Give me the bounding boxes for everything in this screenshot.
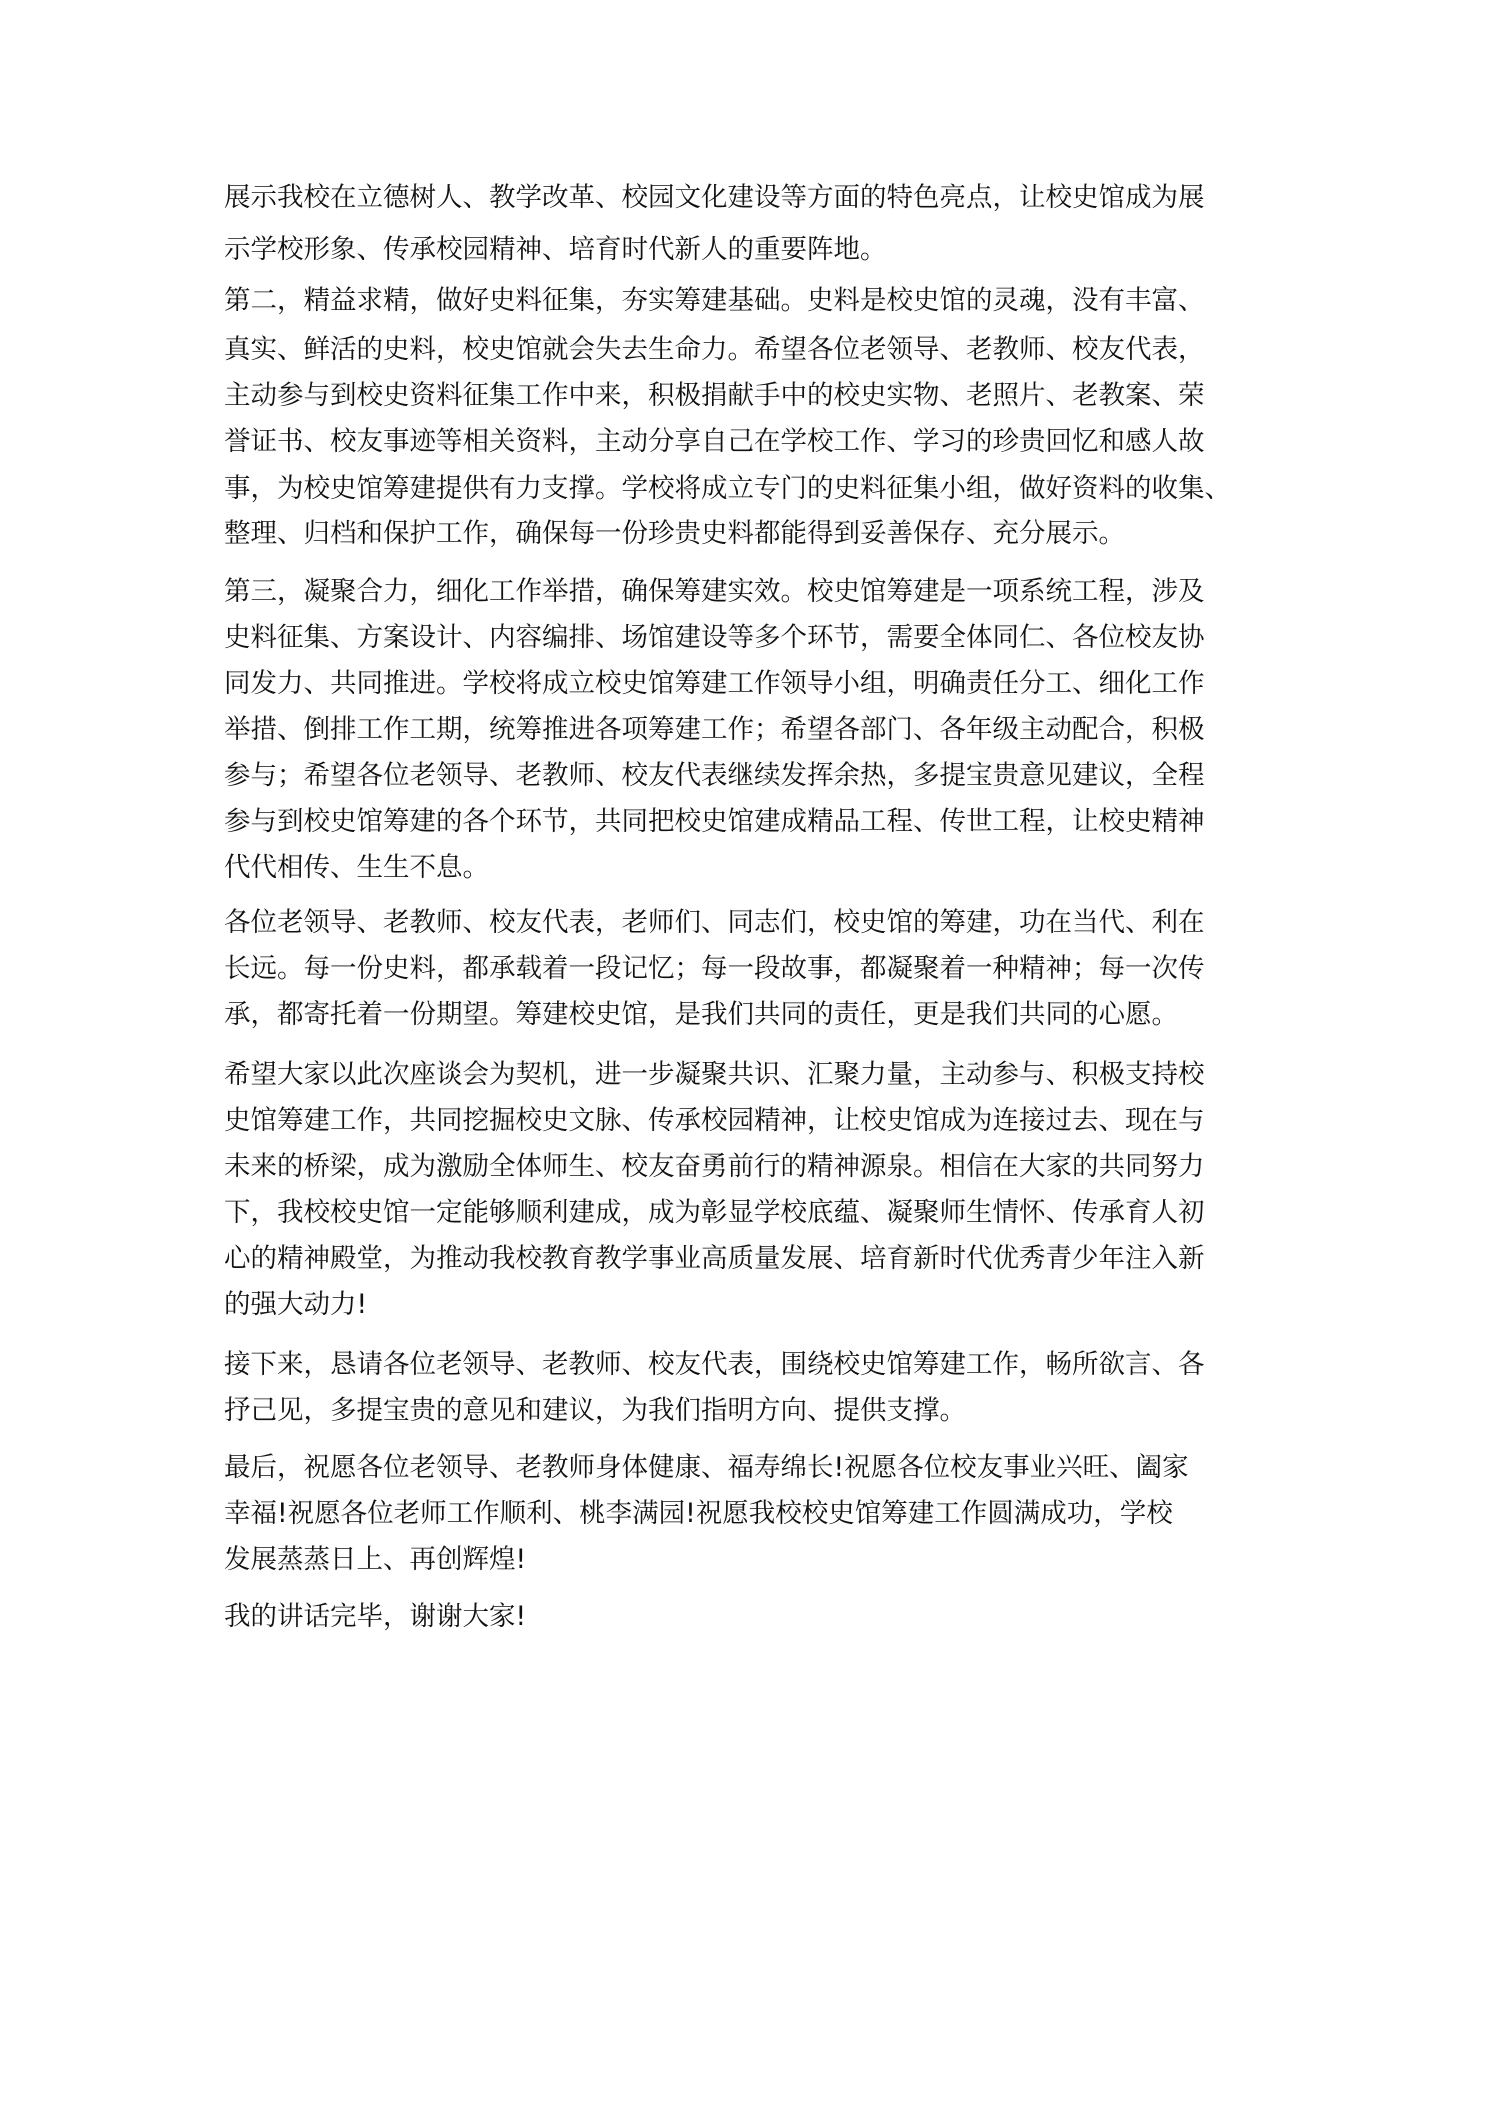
text-line: 参与；希望各位老领导、老教师、校友代表继续发挥余热，多提宝贵意见建议，全程 [224, 760, 1205, 792]
text-line: 长远。每一份史料，都承载着一段记忆；每一段故事，都凝聚着一种精神；每一次传 [224, 953, 1205, 985]
text-line: 史馆筹建工作，共同挖掘校史文脉、传承校园精神，让校史馆成为连接过去、现在与 [224, 1105, 1205, 1137]
text-line: 希望大家以此次座谈会为契机，进一步凝聚共识、汇聚力量，主动参与、积极支持校 [224, 1059, 1205, 1091]
text-line: 承，都寄托着一份期望。筹建校史馆，是我们共同的责任，更是我们共同的心愿。 [224, 999, 1178, 1031]
text-line: 发展蒸蒸日上、再创辉煌! [224, 1544, 526, 1576]
text-line: 第二，精益求精，做好史料征集，夯实筹建基础。史料是校史馆的灵魂，没有丰富、 [224, 285, 1205, 317]
text-line: 未来的桥梁，成为激励全体师生、校友奋勇前行的精神源泉。相信在大家的共同努力 [224, 1151, 1205, 1183]
document-page: 展示我校在立德树人、教学改革、校园文化建设等方面的特色亮点，让校史馆成为展 示学… [0, 0, 1493, 2112]
text-line: 我的讲话完毕，谢谢大家! [224, 1601, 526, 1633]
text-line: 心的精神殿堂，为推动我校教育教学事业高质量发展、培育新时代优秀青少年注入新 [224, 1243, 1205, 1275]
text-line: 整理、归档和保护工作，确保每一份珍贵史料都能得到妥善保存、充分展示。 [224, 518, 1125, 550]
text-line: 事，为校史馆筹建提供有力支撑。学校将成立专门的史料征集小组，做好资料的收集、 [224, 473, 1231, 505]
text-line: 真实、鲜活的史料，校史馆就会失去生命力。希望各位老领导、老教师、校友代表， [224, 334, 1205, 366]
text-line: 的强大动力! [224, 1289, 367, 1321]
text-line: 幸福!祝愿各位老师工作顺利、桃李满园!祝愿我校校史馆筹建工作圆满成功，学校 [224, 1498, 1173, 1530]
text-line: 下，我校校史馆一定能够顺利建成，成为彰显学校底蕴、凝聚师生情怀、传承育人初 [224, 1197, 1205, 1229]
text-line: 史料征集、方案设计、内容编排、场馆建设等多个环节，需要全体同仁、各位校友协 [224, 622, 1205, 654]
text-line: 展示我校在立德树人、教学改革、校园文化建设等方面的特色亮点，让校史馆成为展 [224, 182, 1205, 214]
text-line: 最后，祝愿各位老领导、老教师身体健康、福寿绵长!祝愿各位校友事业兴旺、阖家 [224, 1452, 1189, 1484]
text-line: 同发力、共同推进。学校将成立校史馆筹建工作领导小组，明确责任分工、细化工作 [224, 668, 1205, 700]
text-line: 示学校形象、传承校园精神、培育时代新人的重要阵地。 [224, 234, 887, 266]
text-line: 主动参与到校史资料征集工作中来，积极捐献手中的校史实物、老照片、老教案、荣 [224, 380, 1205, 412]
text-line: 各位老领导、老教师、校友代表，老师们、同志们，校史馆的筹建，功在当代、利在 [224, 907, 1205, 939]
text-line: 代代相传、生生不息。 [224, 852, 489, 884]
text-line: 举措、倒排工作工期，统筹推进各项筹建工作；希望各部门、各年级主动配合，积极 [224, 714, 1205, 746]
text-line: 抒己见，多提宝贵的意见和建议，为我们指明方向、提供支撑。 [224, 1395, 966, 1427]
text-line: 接下来，恳请各位老领导、老教师、校友代表，围绕校史馆筹建工作，畅所欲言、各 [224, 1349, 1205, 1381]
text-line: 第三，凝聚合力，细化工作举措，确保筹建实效。校史馆筹建是一项系统工程，涉及 [224, 576, 1205, 608]
text-line: 参与到校史馆筹建的各个环节，共同把校史馆建成精品工程、传世工程，让校史精神 [224, 806, 1205, 838]
text-line: 誉证书、校友事迹等相关资料，主动分享自己在学校工作、学习的珍贵回忆和感人故 [224, 426, 1205, 458]
